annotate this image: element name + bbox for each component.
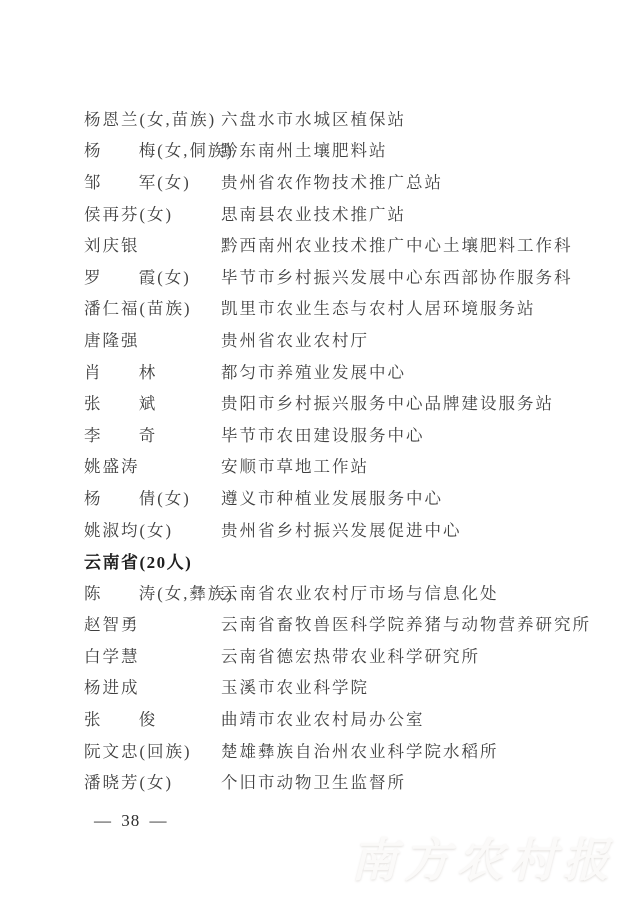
person-organization: 云南省德宏热带农业科学研究所	[221, 643, 480, 667]
person-organization: 曲靖市农业农村局办公室	[221, 706, 425, 730]
person-organization: 玉溪市农业科学院	[221, 674, 369, 698]
page-number: — 38 —	[94, 811, 168, 831]
list-item: 姚盛涛 安顺市草地工作站	[84, 450, 591, 482]
person-organization: 凯里市农业生态与农村人居环境服务站	[221, 295, 536, 319]
person-organization: 遵义市种植业发展服务中心	[221, 485, 443, 509]
person-organization: 云南省畜牧兽医科学院养猪与动物营养研究所	[221, 611, 591, 635]
person-organization: 个旧市动物卫生监督所	[221, 769, 406, 793]
person-name: 邹 军(女)	[84, 169, 221, 193]
person-organization: 安顺市草地工作站	[221, 453, 369, 477]
person-name: 杨 倩(女)	[84, 485, 221, 509]
section-header-label: 云南省(20人)	[84, 548, 192, 573]
person-organization: 毕节市农田建设服务中心	[221, 422, 425, 446]
list-item: 杨 倩(女) 遵义市种植业发展服务中心	[84, 481, 591, 513]
person-name: 杨恩兰(女,苗族)	[84, 106, 221, 130]
section-header-yunnan: 云南省(20人)	[84, 544, 591, 576]
list-item: 张 俊 曲靖市农业农村局办公室	[84, 702, 591, 734]
list-item: 邹 军(女) 贵州省农作物技术推广总站	[84, 165, 591, 197]
document-page: 杨恩兰(女,苗族) 六盘水市水城区植保站 杨 梅(女,侗族) 黔东南州土壤肥料站…	[0, 0, 640, 905]
list-item: 杨进成 玉溪市农业科学院	[84, 671, 591, 703]
person-organization: 贵州省农业农村厅	[221, 327, 369, 351]
person-name: 白学慧	[84, 643, 221, 667]
person-name: 李 奇	[84, 422, 221, 446]
list-item: 张 斌 贵阳市乡村振兴服务中心品牌建设服务站	[84, 386, 591, 418]
list-item: 侯再芬(女) 思南县农业技术推广站	[84, 197, 591, 229]
person-name: 侯再芬(女)	[84, 201, 221, 225]
list-item: 李 奇 毕节市农田建设服务中心	[84, 418, 591, 450]
list-item: 白学慧 云南省德宏热带农业科学研究所	[84, 639, 591, 671]
list-item: 刘庆银 黔西南州农业技术推广中心土壤肥料工作科	[84, 228, 591, 260]
list-item: 唐隆强 贵州省农业农村厅	[84, 323, 591, 355]
person-name: 唐隆强	[84, 327, 221, 351]
person-organization: 黔东南州土壤肥料站	[221, 137, 388, 161]
list-item: 阮文忠(回族) 楚雄彝族自治州农业科学院水稻所	[84, 734, 591, 766]
list-item: 潘仁福(苗族) 凯里市农业生态与农村人居环境服务站	[84, 292, 591, 324]
person-organization: 楚雄彝族自治州农业科学院水稻所	[221, 738, 499, 762]
list-item: 潘晓芳(女) 个旧市动物卫生监督所	[84, 765, 591, 797]
watermark-text: 南方农村报	[351, 824, 616, 890]
person-name: 潘晓芳(女)	[84, 769, 221, 793]
person-name: 姚淑均(女)	[84, 517, 221, 541]
person-name: 杨 梅(女,侗族)	[84, 137, 221, 161]
person-name: 张 俊	[84, 706, 221, 730]
list-item: 陈 涛(女,彝族) 云南省农业农村厅市场与信息化处	[84, 576, 591, 608]
person-name: 潘仁福(苗族)	[84, 295, 221, 319]
person-name: 罗 霞(女)	[84, 264, 221, 288]
list-item: 杨恩兰(女,苗族) 六盘水市水城区植保站	[84, 102, 591, 134]
person-organization: 贵阳市乡村振兴服务中心品牌建设服务站	[221, 390, 554, 414]
person-organization: 黔西南州农业技术推广中心土壤肥料工作科	[221, 232, 573, 256]
person-name: 肖 林	[84, 359, 221, 383]
person-organization: 毕节市乡村振兴发展中心东西部协作服务科	[221, 264, 573, 288]
person-name: 刘庆银	[84, 232, 221, 256]
list-item: 肖 林 都匀市养殖业发展中心	[84, 355, 591, 387]
list-item: 杨 梅(女,侗族) 黔东南州土壤肥料站	[84, 134, 591, 166]
personnel-list: 杨恩兰(女,苗族) 六盘水市水城区植保站 杨 梅(女,侗族) 黔东南州土壤肥料站…	[84, 102, 591, 797]
person-organization: 六盘水市水城区植保站	[221, 106, 406, 130]
list-item: 赵智勇 云南省畜牧兽医科学院养猪与动物营养研究所	[84, 608, 591, 640]
person-name: 杨进成	[84, 674, 221, 698]
person-name: 阮文忠(回族)	[84, 738, 221, 762]
person-name: 姚盛涛	[84, 453, 221, 477]
person-organization: 都匀市养殖业发展中心	[221, 359, 406, 383]
person-name: 陈 涛(女,彝族)	[84, 580, 221, 604]
person-name: 赵智勇	[84, 611, 221, 635]
person-organization: 贵州省农作物技术推广总站	[221, 169, 443, 193]
person-organization: 贵州省乡村振兴发展促进中心	[221, 517, 462, 541]
list-item: 罗 霞(女) 毕节市乡村振兴发展中心东西部协作服务科	[84, 260, 591, 292]
person-organization: 思南县农业技术推广站	[221, 201, 406, 225]
list-item: 姚淑均(女) 贵州省乡村振兴发展促进中心	[84, 513, 591, 545]
person-name: 张 斌	[84, 390, 221, 414]
person-organization: 云南省农业农村厅市场与信息化处	[221, 580, 499, 604]
